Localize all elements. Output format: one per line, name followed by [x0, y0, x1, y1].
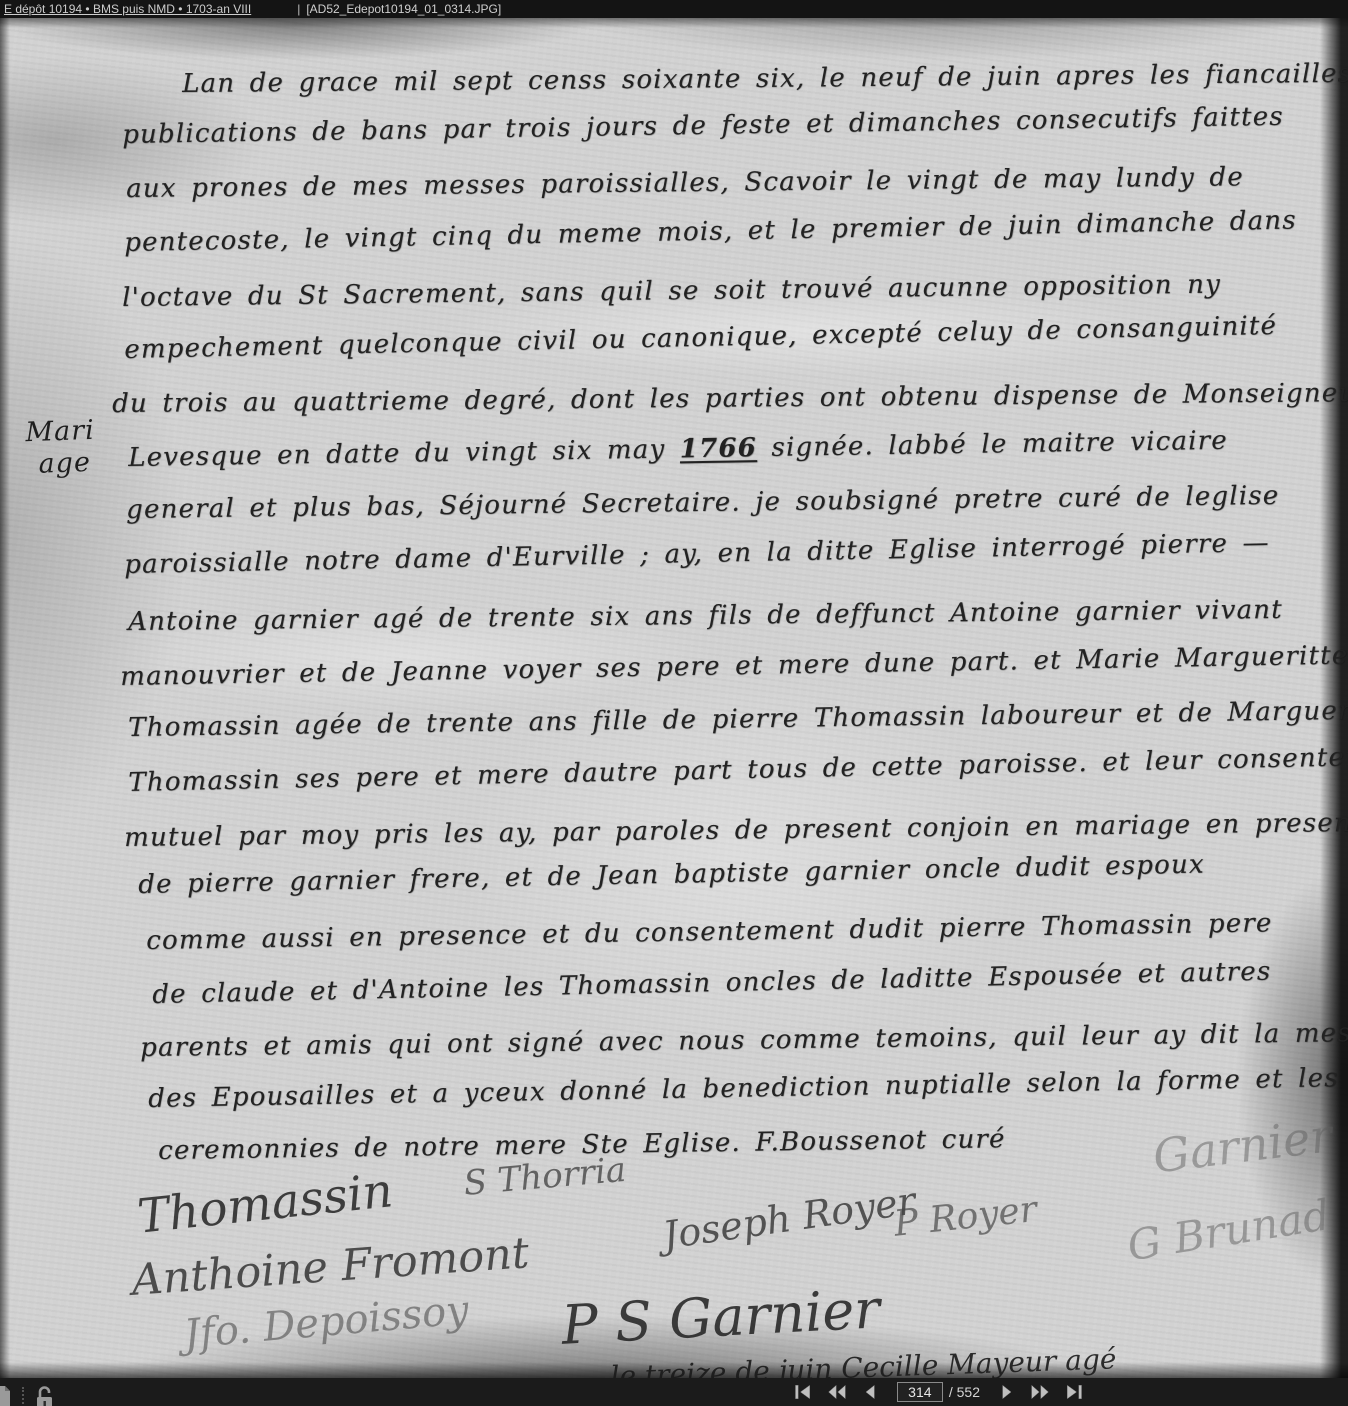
image-filename: [AD52_Edepot10194_01_0314.JPG]	[306, 0, 501, 18]
manuscript-line-3: aux prones de mes messes paroissialles, …	[126, 163, 1244, 203]
page-edge-left	[0, 18, 10, 1378]
manuscript-line-18: de claude et d'Antoine les Thomassin onc…	[152, 958, 1272, 1010]
manuscript-line-11: Antoine garnier agé de trente six ans fi…	[128, 596, 1283, 637]
toolbar-separator	[22, 1387, 24, 1406]
signature-g-brunad: G Brunad	[1124, 1190, 1333, 1270]
page-total-label: / 552	[949, 1384, 980, 1400]
unlock-icon[interactable]	[34, 1385, 56, 1406]
document-viewer[interactable]: Mari age Lan de grace mil sept censs soi…	[0, 18, 1348, 1378]
manuscript-line-15: mutuel par moy pris les ay, par paroles …	[124, 809, 1348, 853]
page-edge-top	[0, 18, 1348, 28]
signature-thomassin: Thomassin	[135, 1163, 395, 1244]
manuscript-line-20: des Epousailles et a yceux donné la bene…	[148, 1064, 1339, 1113]
manuscript-line-12: manouvrier et de Jeanne voyer ses pere e…	[120, 642, 1348, 692]
manuscript-line-16: de pierre garnier frere, et de Jean bapt…	[138, 851, 1205, 900]
manuscript-line-10: paroissialle notre dame d'Eurville ; ay,…	[124, 529, 1270, 580]
manuscript-line-13: Thomassin agée de trente ans fille de pi…	[128, 696, 1348, 742]
next-page-icon	[995, 1382, 1017, 1402]
manuscript-line-1: Lan de grace mil sept censs soixante six…	[182, 59, 1348, 98]
signature-anthoine-fromont: Anthoine Fromont	[130, 1228, 531, 1306]
fast-forward-button[interactable]	[1028, 1381, 1052, 1403]
manuscript-line-2: publications de bans par trois jours de …	[122, 103, 1284, 150]
manuscript-line-8: Levesque en datte du vingt six may 1766 …	[128, 427, 1228, 473]
manuscript-line-19: parents et amis qui ont signé avec nous …	[140, 1019, 1348, 1063]
margin-note-mariage: Mari age	[25, 415, 97, 482]
manuscript-line-4: pentecoste, le vingt cinq du meme mois, …	[124, 206, 1297, 257]
manuscript-line-9: general et plus bas, Séjourné Secretaire…	[126, 482, 1280, 525]
toolbar-left-icons	[0, 1385, 56, 1406]
document-icon[interactable]	[0, 1385, 12, 1406]
signature-p-s-garnier: P S Garnier	[560, 1277, 881, 1357]
previous-page-button[interactable]	[859, 1381, 883, 1403]
manuscript-line-7: du trois au quattrieme degré, dont les p…	[112, 379, 1348, 419]
fast-backward-icon	[826, 1382, 848, 1402]
top-title-bar: E dépôt 10194 • BMS puis NMD • 1703-an V…	[0, 0, 1348, 18]
collection-link[interactable]: E dépôt 10194 • BMS puis NMD • 1703-an V…	[4, 0, 251, 18]
header-separator: |	[297, 0, 300, 18]
manuscript-line-6: empechement quelconque civil ou canoniqu…	[124, 312, 1277, 365]
bottom-toolbar: / 552	[0, 1378, 1348, 1406]
manuscript-line-5: l'octave du St Sacrement, sans quil se s…	[122, 271, 1221, 313]
last-page-button[interactable]	[1062, 1381, 1086, 1403]
signature-garnier-faint: Garnier	[1150, 1108, 1335, 1183]
manuscript-line-17: comme aussi en presence et du consenteme…	[146, 909, 1273, 955]
fast-forward-icon	[1029, 1382, 1051, 1402]
page-navigation: / 552	[791, 1381, 1086, 1403]
first-page-icon	[792, 1382, 814, 1402]
page-number-input[interactable]	[897, 1382, 943, 1402]
signature-joseph-royer: Joseph Royer	[660, 1179, 918, 1258]
last-page-icon	[1063, 1382, 1085, 1402]
first-page-button[interactable]	[791, 1381, 815, 1403]
previous-page-icon	[860, 1382, 882, 1402]
page-indicator: / 552	[897, 1382, 980, 1402]
underlined-year-1766: 1766	[680, 433, 758, 464]
fast-backward-button[interactable]	[825, 1381, 849, 1403]
manuscript-line-14: Thomassin ses pere et mere dautre part t…	[128, 742, 1348, 798]
next-page-button[interactable]	[994, 1381, 1018, 1403]
